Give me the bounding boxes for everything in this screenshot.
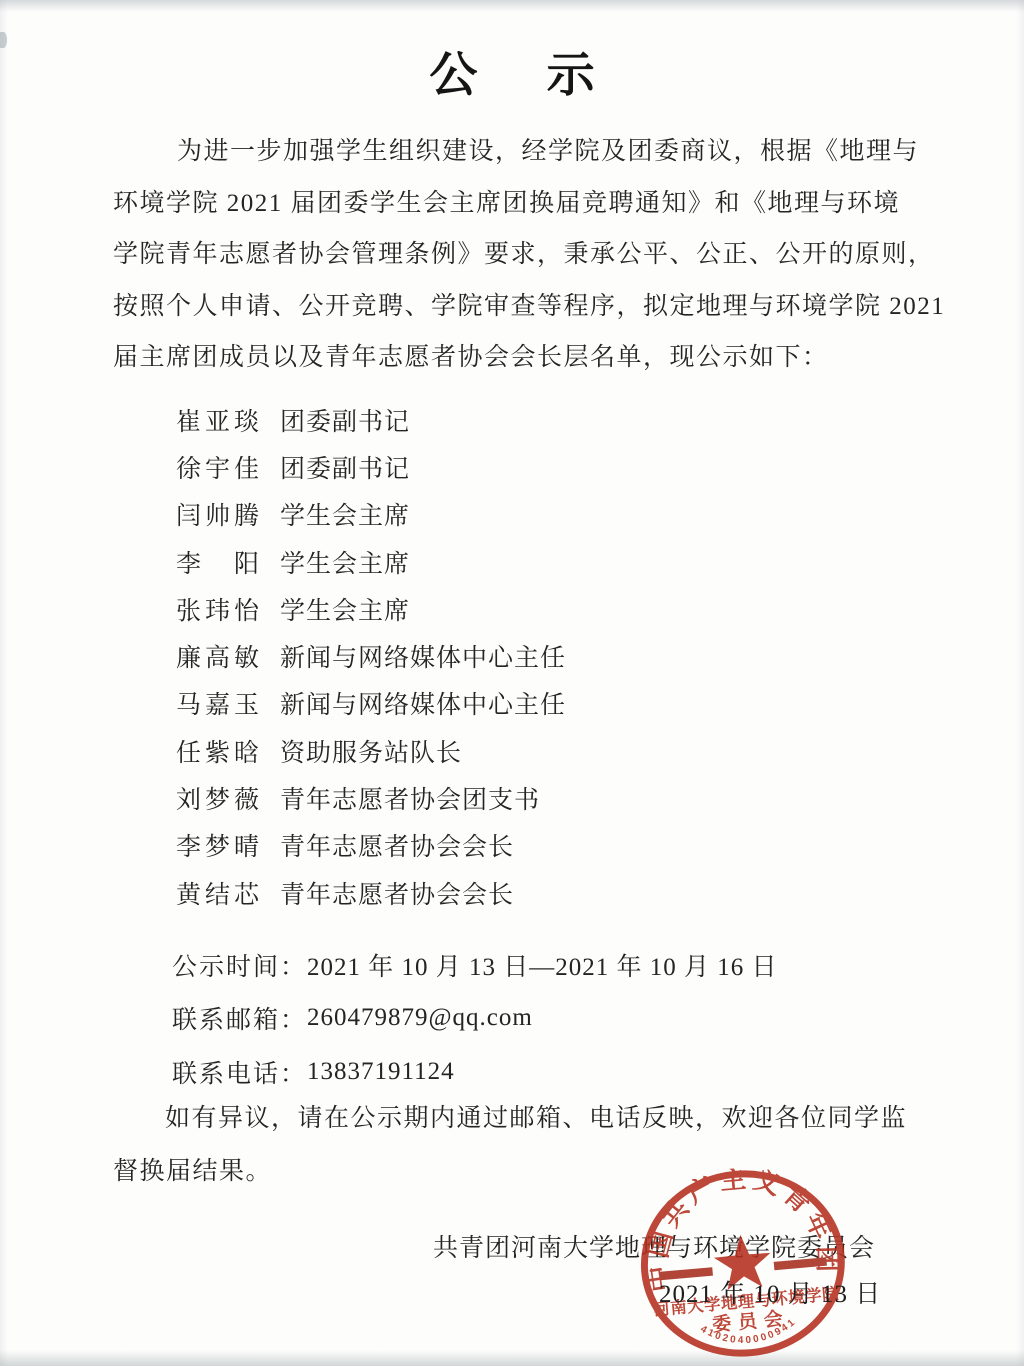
appointee-position: 团委副书记 <box>280 402 410 438</box>
appointment-list: 崔亚琰团委副书记 徐宇佳团委副书记 闫帅腾学生会主席 李 阳学生会主席 张玮怡学… <box>176 396 876 916</box>
contact-row-email: 联系邮箱：260479879@qq.com <box>172 992 932 1046</box>
scan-edge-bottom <box>0 1350 1024 1366</box>
appointee-name: 李 阳 <box>176 544 280 580</box>
appointee-position: 新闻与网络媒体中心主任 <box>280 638 566 674</box>
intro-line: 届主席团成员以及青年志愿者协会会长层名单，现公示如下： <box>113 332 923 384</box>
appointment-row: 廉高敏新闻与网络媒体中心主任 <box>176 632 876 679</box>
appointee-position: 青年志愿者协会会长 <box>280 875 514 911</box>
appointee-name: 徐宇佳 <box>176 449 280 485</box>
intro-line: 学院青年志愿者协会管理条例》要求，秉承公平、公正、公开的原则， <box>113 229 923 281</box>
intro-paragraph: 为进一步加强学生组织建设，经学院及团委商议，根据《地理与 环境学院 2021 届… <box>113 126 923 384</box>
appointee-name: 马嘉玉 <box>176 685 280 721</box>
appointee-name: 廉高敏 <box>176 638 280 674</box>
closing-line: 如有异议，请在公示期内通过邮箱、电话反映，欢迎各位同学监 <box>113 1092 923 1145</box>
appointee-position: 青年志愿者协会团支书 <box>280 780 540 816</box>
contact-label: 联系邮箱： <box>172 1000 307 1036</box>
appointee-name: 闫帅腾 <box>176 496 280 532</box>
appointment-row: 李 阳学生会主席 <box>176 538 876 585</box>
notice-title: 公 示 <box>0 36 1024 105</box>
appointee-position: 资助服务站队长 <box>280 733 462 769</box>
contact-info: 公示时间：2021 年 10 月 13 日—2021 年 10 月 16 日 联… <box>172 938 932 1099</box>
intro-line: 环境学院 2021 届团委学生会主席团换届竞聘通知》和《地理与环境 <box>113 178 923 230</box>
notice-period-value: 2021 年 10 月 13 日—2021 年 10 月 16 日 <box>307 947 778 983</box>
contact-phone-value: 13837191124 <box>307 1058 455 1086</box>
appointee-name: 刘梦薇 <box>176 780 280 816</box>
appointee-name: 任紫晗 <box>176 733 280 769</box>
appointment-row: 马嘉玉新闻与网络媒体中心主任 <box>176 680 876 727</box>
appointment-row: 任紫晗资助服务站队长 <box>176 727 876 774</box>
contact-label: 联系电话： <box>172 1054 307 1090</box>
contact-label: 公示时间： <box>172 947 307 983</box>
contact-row-period: 公示时间：2021 年 10 月 13 日—2021 年 10 月 16 日 <box>172 938 932 992</box>
scan-edge-left <box>0 0 8 1366</box>
appointee-name: 崔亚琰 <box>176 402 280 438</box>
scan-edge-right <box>1016 0 1024 1366</box>
appointment-row: 李梦晴青年志愿者协会会长 <box>176 822 876 869</box>
appointee-name: 张玮怡 <box>176 591 280 627</box>
appointment-row: 徐宇佳团委副书记 <box>176 443 876 490</box>
issue-date: 2021 年 10 月 13 日 <box>659 1274 881 1310</box>
official-seal-stamp: 中国共产主义青年团 河南大学地理与环境学院 委员会 4102040000941 <box>629 1159 857 1366</box>
appointment-row: 张玮怡学生会主席 <box>176 585 876 632</box>
appointee-name: 李梦晴 <box>176 827 280 863</box>
appointee-position: 新闻与网络媒体中心主任 <box>280 685 566 721</box>
appointee-position: 学生会主席 <box>280 591 410 627</box>
appointee-position: 团委副书记 <box>280 449 410 485</box>
appointment-row: 闫帅腾学生会主席 <box>176 491 876 538</box>
contact-row-phone: 联系电话：13837191124 <box>172 1045 932 1099</box>
intro-line: 为进一步加强学生组织建设，经学院及团委商议，根据《地理与 <box>113 126 923 178</box>
scan-edge-top <box>0 0 1024 12</box>
appointment-row: 刘梦薇青年志愿者协会团支书 <box>176 774 876 821</box>
contact-email-value: 260479879@qq.com <box>307 1004 533 1032</box>
appointee-name: 黄结芯 <box>176 875 280 911</box>
intro-line: 按照个人申请、公开竞聘、学院审查等程序，拟定地理与环境学院 2021 <box>113 281 923 333</box>
appointee-position: 青年志愿者协会会长 <box>280 827 514 863</box>
appointment-row: 黄结芯青年志愿者协会会长 <box>176 869 876 916</box>
appointment-row: 崔亚琰团委副书记 <box>176 396 876 443</box>
appointee-position: 学生会主席 <box>280 496 410 532</box>
appointee-position: 学生会主席 <box>280 544 410 580</box>
